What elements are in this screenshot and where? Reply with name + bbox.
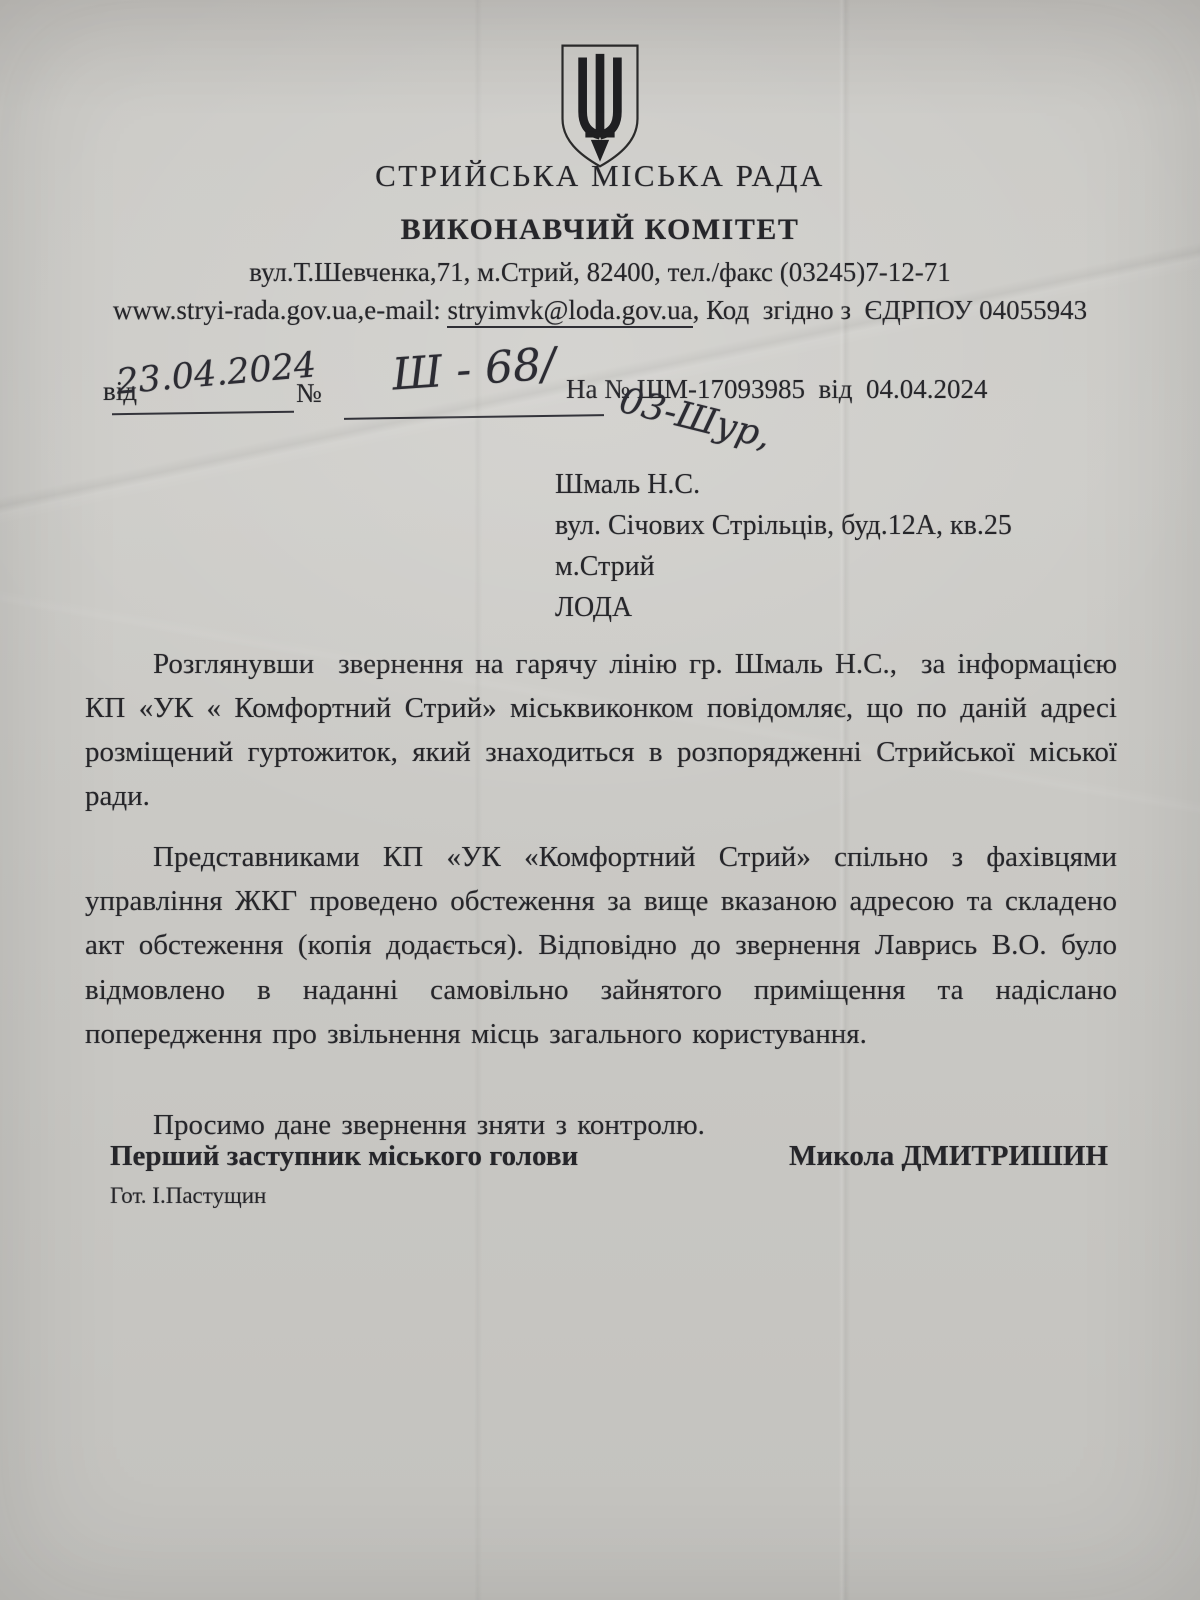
signature-row: Перший заступник міського голови Микола … — [110, 1140, 1108, 1173]
scanned-letter-page: СТРИЙСЬКА МІСЬКА РАДА ВИКОНАВЧИЙ КОМІТЕТ… — [0, 0, 1200, 1600]
handwritten-date: 23.04.2024 — [115, 345, 318, 402]
ref-date-underline — [112, 411, 294, 416]
ref-number-underline — [344, 414, 604, 420]
addressee-city: м.Стрий — [555, 546, 1012, 587]
committee-name: ВИКОНАВЧИЙ КОМІТЕТ — [0, 213, 1200, 247]
contact-line: www.stryi-rada.gov.ua,e-mail: stryimvk@l… — [0, 295, 1200, 326]
signatory-name: Микола ДМИТРИШИН — [789, 1140, 1108, 1173]
paragraph-1: Розглянувши звернення на гарячу лінію гр… — [85, 642, 1117, 818]
handwritten-ref-number: Ш - 68/ — [390, 338, 557, 400]
addressee-street: вул. Січових Стрільців, буд.12А, кв.25 — [555, 505, 1012, 546]
addressee-org: ЛОДА — [555, 587, 1012, 628]
tryzub-emblem-icon — [553, 42, 647, 170]
addressee-name: Шмаль Н.С. — [555, 464, 1012, 505]
letter-body: Розглянувши звернення на гарячу лінію гр… — [85, 642, 1117, 1164]
org-name: СТРИЙСЬКА МІСЬКА РАДА — [0, 158, 1200, 194]
paragraph-2: Представниками КП «УК «Комфортний Стрий»… — [85, 835, 1117, 1055]
addressee-block: Шмаль Н.С. вул. Січових Стрільців, буд.1… — [555, 464, 1012, 628]
signatory-title: Перший заступник міського голови — [110, 1140, 578, 1173]
edrpou-text: , Код згідно з ЄДРПОУ 04055943 — [693, 295, 1088, 325]
prepared-by: Гот. І.Пастущин — [110, 1183, 266, 1209]
email-text: stryimvk@loda.gov.ua — [447, 295, 692, 328]
address-line: вул.Т.Шевченка,71, м.Стрий, 82400, тел./… — [0, 257, 1200, 288]
website-text: www.stryi-rada.gov.ua,e-mail: — [113, 295, 448, 325]
